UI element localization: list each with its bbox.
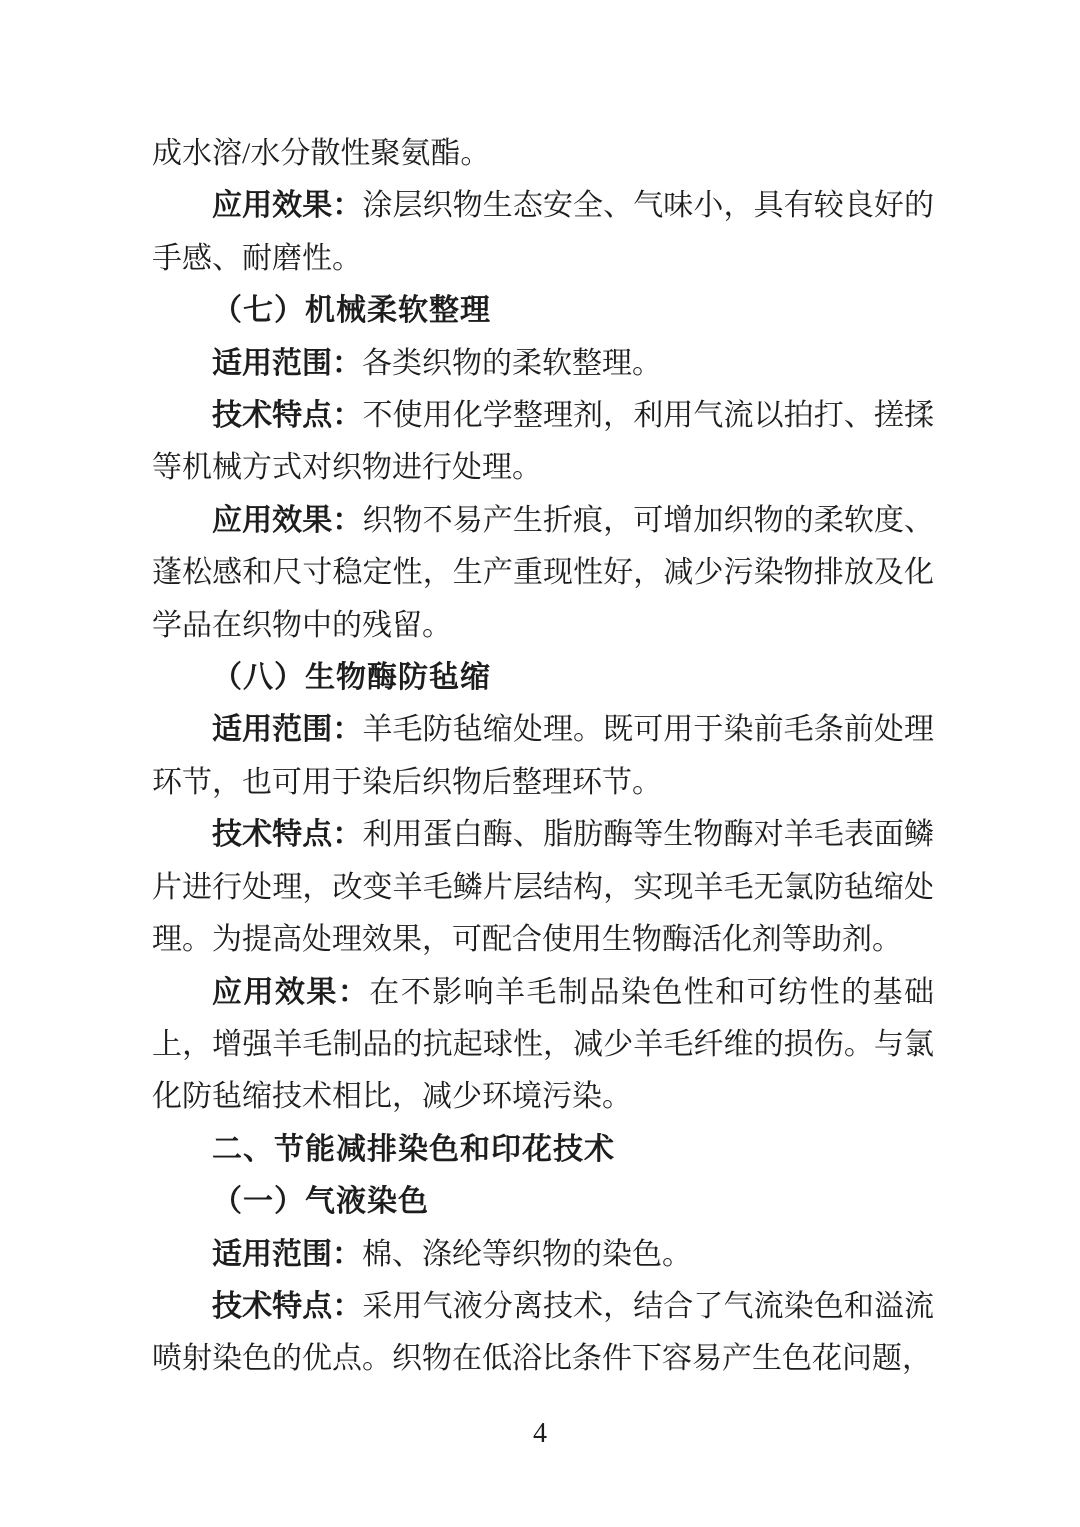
document-body: 成水溶/水分散性聚氨酯。 应用效果：涂层织物生态安全、气味小，具有较良好的手感、… bbox=[152, 128, 934, 1386]
field-label: 适用范围： bbox=[212, 713, 362, 746]
document-page: 成水溶/水分散性聚氨酯。 应用效果：涂层织物生态安全、气味小，具有较良好的手感、… bbox=[0, 0, 1080, 1527]
paragraph: 成水溶/水分散性聚氨酯。 bbox=[152, 128, 934, 180]
paragraph: 适用范围：羊毛防毡缩处理。既可用于染前毛条前处理环节，也可用于染后织物后整理环节… bbox=[152, 704, 934, 809]
paragraph: 适用范围：棉、涤纶等织物的染色。 bbox=[152, 1229, 934, 1281]
field-label: 应用效果： bbox=[212, 504, 362, 537]
field-label: 技术特点： bbox=[212, 818, 362, 851]
paragraph: 技术特点：采用气液分离技术，结合了气流染色和溢流喷射染色的优点。织物在低浴比条件… bbox=[152, 1281, 934, 1386]
page-footer: 4 bbox=[0, 1418, 1080, 1450]
paragraph: 应用效果：在不影响羊毛制品染色性和可纺性的基础上，增强羊毛制品的抗起球性，减少羊… bbox=[152, 967, 934, 1124]
subsection-heading: （一）气液染色 bbox=[152, 1176, 934, 1228]
subsection-heading: （八）生物酶防毡缩 bbox=[152, 652, 934, 704]
field-label: 适用范围： bbox=[212, 347, 362, 380]
paragraph: 应用效果：涂层织物生态安全、气味小，具有较良好的手感、耐磨性。 bbox=[152, 180, 934, 285]
paragraph: 适用范围：各类织物的柔软整理。 bbox=[152, 338, 934, 390]
page-number: 4 bbox=[533, 1418, 547, 1449]
field-label: 应用效果： bbox=[212, 189, 362, 222]
subsection-heading: （七）机械柔软整理 bbox=[152, 285, 934, 337]
paragraph-text: 各类织物的柔软整理。 bbox=[362, 347, 662, 380]
paragraph: 技术特点：不使用化学整理剂，利用气流以拍打、搓揉等机械方式对织物进行处理。 bbox=[152, 390, 934, 495]
paragraph: 应用效果：织物不易产生折痕，可增加织物的柔软度、蓬松感和尺寸稳定性，生产重现性好… bbox=[152, 495, 934, 652]
field-label: 适用范围： bbox=[212, 1238, 362, 1271]
field-label: 技术特点： bbox=[212, 399, 362, 432]
section-heading: 二、节能减排染色和印花技术 bbox=[152, 1124, 934, 1176]
paragraph-text: 成水溶/水分散性聚氨酯。 bbox=[152, 137, 490, 170]
paragraph: 技术特点：利用蛋白酶、脂肪酶等生物酶对羊毛表面鳞片进行处理，改变羊毛鳞片层结构，… bbox=[152, 809, 934, 966]
field-label: 应用效果： bbox=[212, 976, 369, 1009]
paragraph-text: 棉、涤纶等织物的染色。 bbox=[362, 1238, 692, 1271]
field-label: 技术特点： bbox=[212, 1290, 362, 1323]
